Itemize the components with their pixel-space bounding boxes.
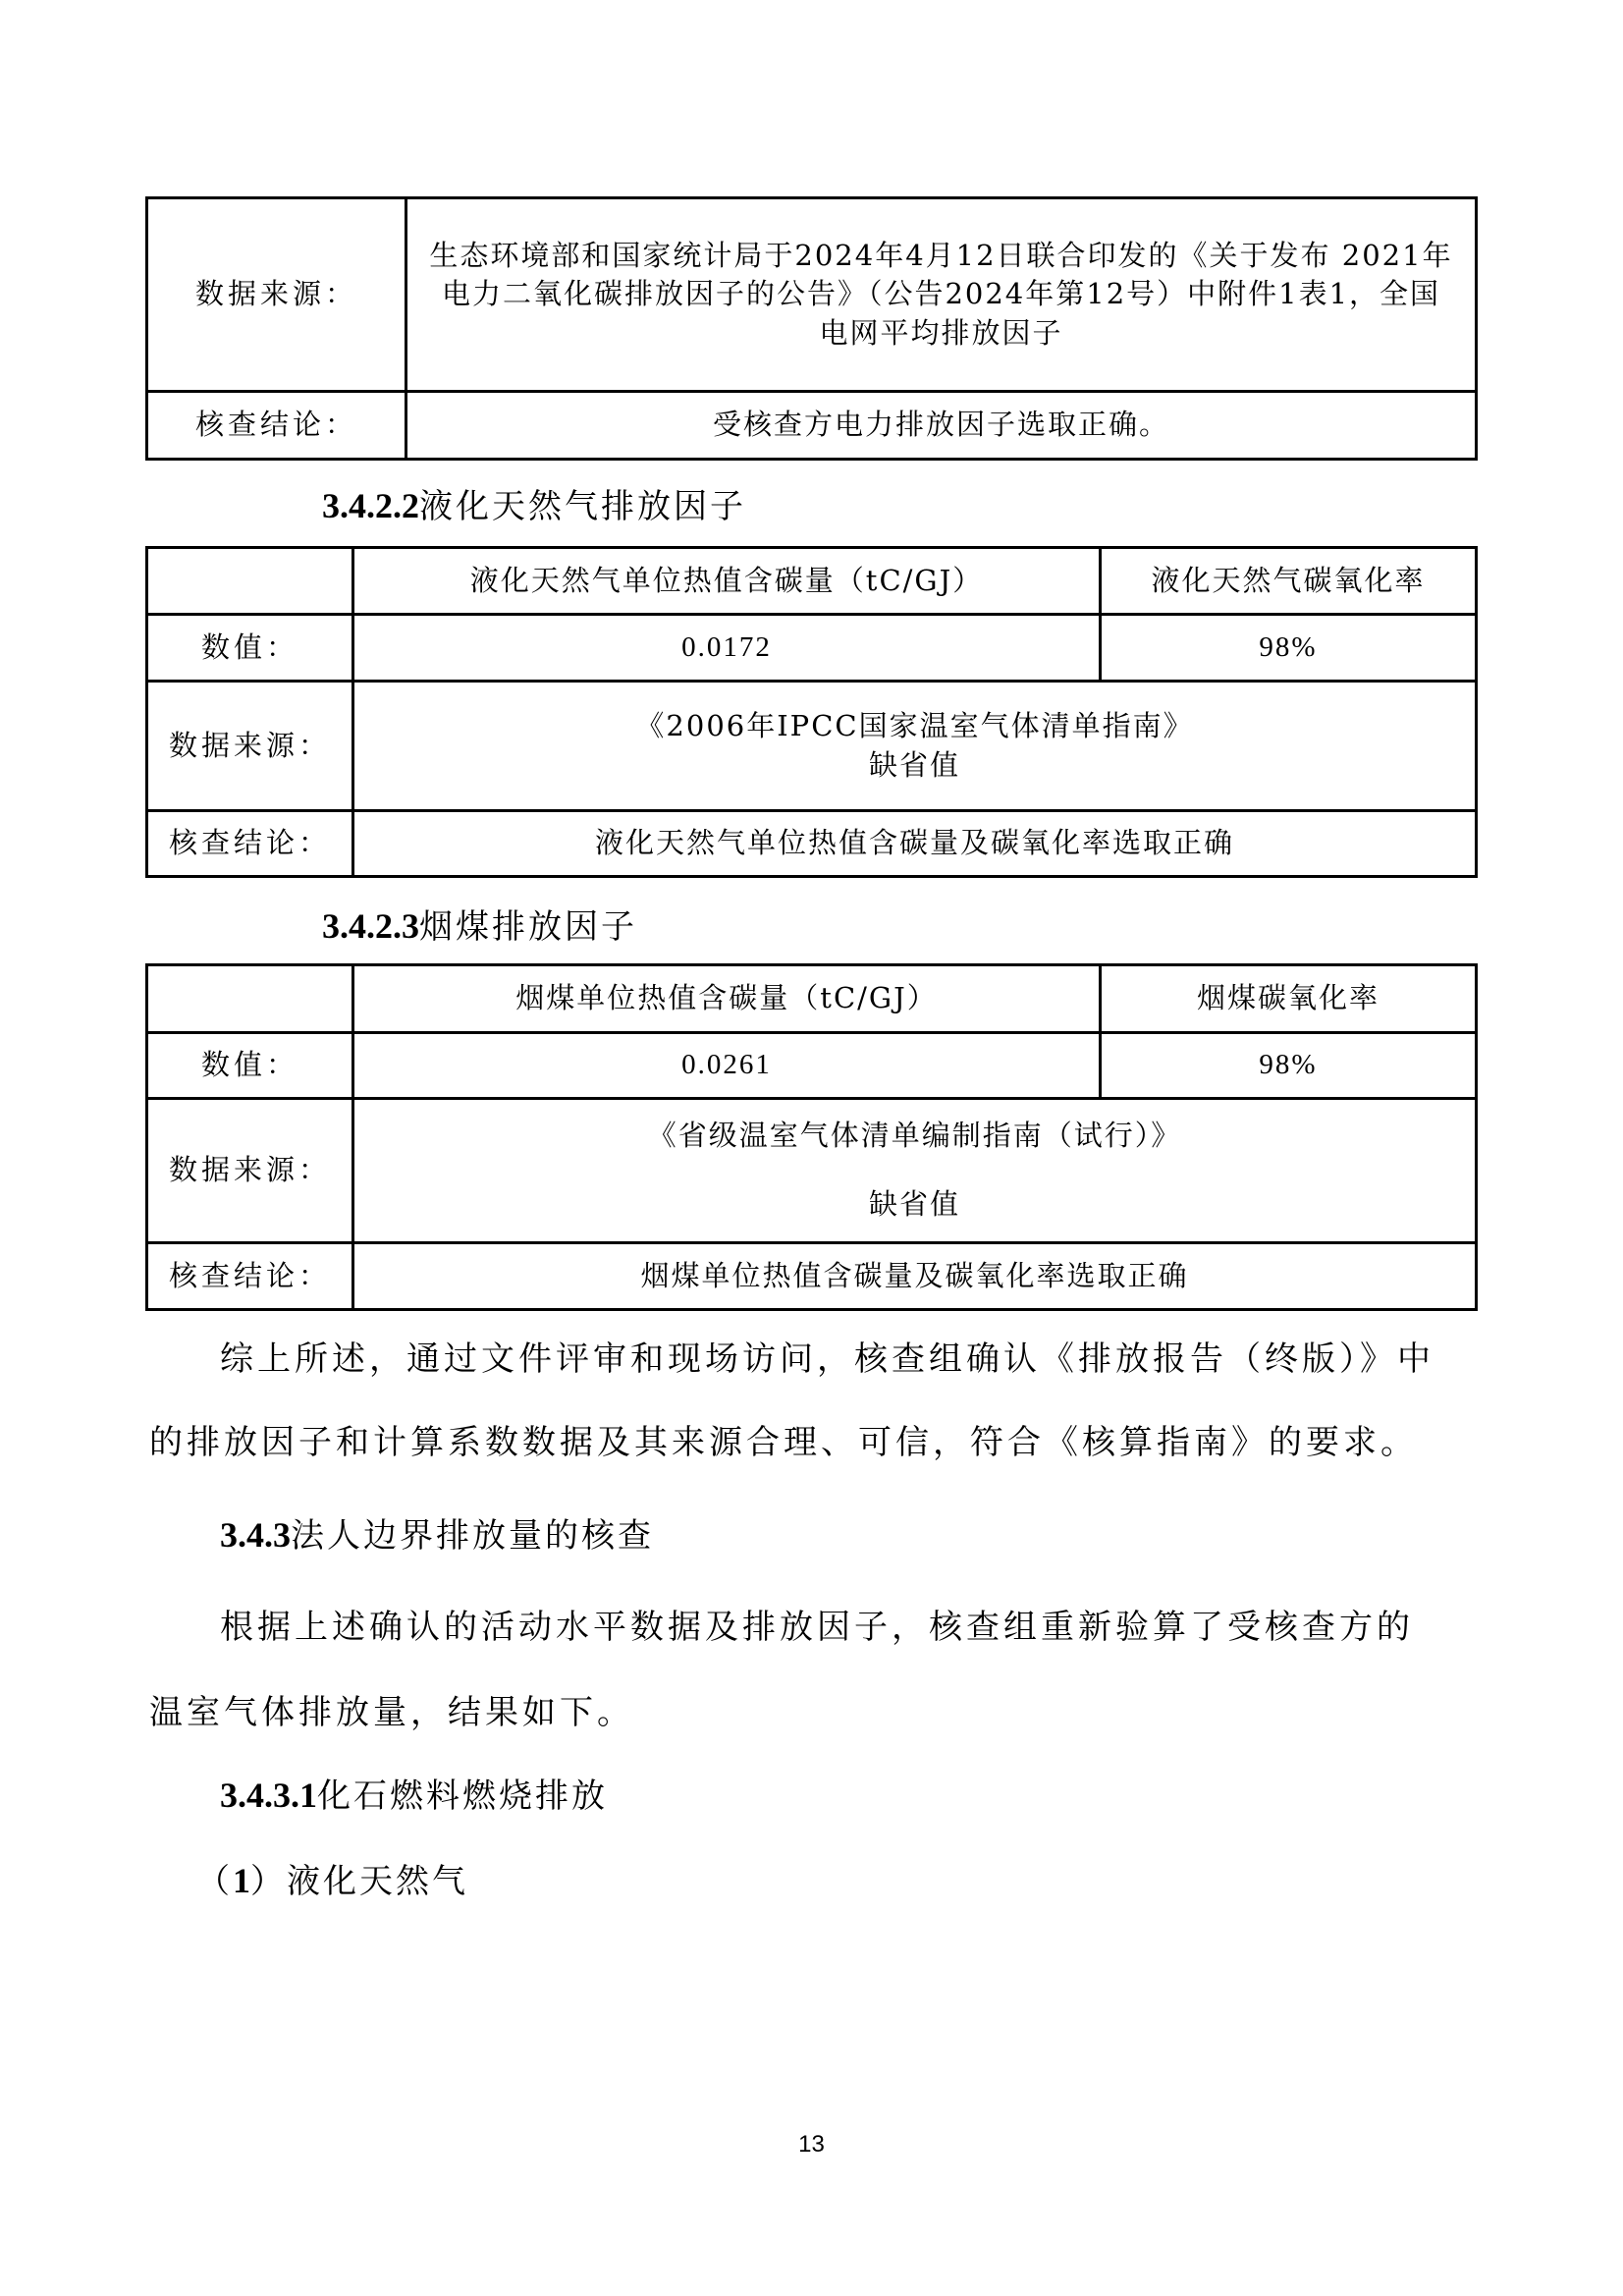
section-number: 3.4.2.3 [322, 906, 419, 946]
header-oxidation-rate: 烟煤碳氧化率 [1101, 965, 1477, 1033]
section-title: 烟煤排放因子 [419, 907, 637, 947]
header-carbon-content: 烟煤单位热值含碳量（tC/GJ） [353, 965, 1101, 1033]
conclusion-label: 核查结论： [147, 392, 406, 460]
table-header-row: 液化天然气单位热值含碳量（tC/GJ） 液化天然气碳氧化率 [147, 548, 1477, 615]
section-heading-3423: 3.4.2.3烟煤排放因子 [322, 900, 637, 948]
section-number: 3.4.2.2 [322, 486, 419, 525]
source-line: 《省级温室气体清单编制指南（试行）》 [364, 1102, 1465, 1171]
recalc-line-1: 根据上述确认的活动水平数据及排放因子，核查组重新验算了受核查方的 [220, 1600, 1414, 1648]
electricity-factor-table: 数据来源： 生态环境部和国家统计局于2024年4月12日联合印发的《关于发布 2… [145, 196, 1478, 461]
source-line: 缺省值 [364, 746, 1465, 785]
conclusion-value: 受核查方电力排放因子选取正确。 [406, 392, 1477, 460]
section-title: 液化天然气排放因子 [419, 487, 746, 526]
source-line: 缺省值 [364, 1171, 1465, 1239]
subsection-number: 1 [233, 1861, 250, 1900]
value-label: 数值： [147, 615, 353, 682]
table-row: 数据来源： 《省级温室气体清单编制指南（试行）》 缺省值 [147, 1099, 1477, 1243]
carbon-content-value: 0.0172 [353, 615, 1101, 682]
page-number: 13 [0, 2131, 1623, 2159]
section-heading-343: 3.4.3法人边界排放量的核查 [220, 1508, 654, 1557]
oxidation-rate-value: 98% [1101, 615, 1477, 682]
source-label: 数据来源： [147, 198, 406, 392]
subsection-suffix: ） [250, 1862, 287, 1901]
section-title: 化石燃料燃烧排放 [317, 1777, 608, 1816]
source-label: 数据来源： [147, 682, 353, 811]
source-value: 《2006年IPCC国家温室气体清单指南》 缺省值 [353, 682, 1477, 811]
section-heading-3422: 3.4.2.2液化天然气排放因子 [322, 479, 746, 527]
source-value: 生态环境部和国家统计局于2024年4月12日联合印发的《关于发布 2021年 电… [406, 198, 1477, 392]
subsection-heading-lng: （1）液化天然气 [196, 1854, 468, 1902]
table-row: 核查结论： 烟煤单位热值含碳量及碳氧化率选取正确 [147, 1243, 1477, 1310]
table-row: 数值： 0.0261 98% [147, 1033, 1477, 1099]
table-row: 核查结论： 液化天然气单位热值含碳量及碳氧化率选取正确 [147, 811, 1477, 877]
source-label: 数据来源： [147, 1099, 353, 1243]
summary-line-1: 综上所述，通过文件评审和现场访问，核查组确认《排放报告（终版）》中 [220, 1332, 1434, 1380]
carbon-content-value: 0.0261 [353, 1033, 1101, 1099]
lng-factor-table: 液化天然气单位热值含碳量（tC/GJ） 液化天然气碳氧化率 数值： 0.0172… [145, 546, 1478, 878]
section-number: 3.4.3 [220, 1515, 291, 1555]
subsection-title: 液化天然气 [287, 1862, 468, 1901]
header-carbon-content: 液化天然气单位热值含碳量（tC/GJ） [353, 548, 1101, 615]
coal-factor-table: 烟煤单位热值含碳量（tC/GJ） 烟煤碳氧化率 数值： 0.0261 98% 数… [145, 963, 1478, 1311]
recalc-line-2: 温室气体排放量，结果如下。 [149, 1685, 634, 1733]
source-line: 电力二氧化碳排放因子的公告》（公告2024年第12号）中附件1表1，全国 [417, 275, 1465, 313]
source-line: 电网平均排放因子 [417, 314, 1465, 353]
header-empty [147, 548, 353, 615]
conclusion-value: 液化天然气单位热值含碳量及碳氧化率选取正确 [353, 811, 1477, 877]
table-header-row: 烟煤单位热值含碳量（tC/GJ） 烟煤碳氧化率 [147, 965, 1477, 1033]
section-title: 法人边界排放量的核查 [291, 1516, 654, 1556]
summary-line-2: 的排放因子和计算系数数据及其来源合理、可信，符合《核算指南》的要求。 [149, 1415, 1418, 1463]
conclusion-label: 核查结论： [147, 1243, 353, 1310]
table-row: 数值： 0.0172 98% [147, 615, 1477, 682]
header-empty [147, 965, 353, 1033]
oxidation-rate-value: 98% [1101, 1033, 1477, 1099]
source-line: 生态环境部和国家统计局于2024年4月12日联合印发的《关于发布 2021年 [417, 237, 1465, 275]
section-heading-3431: 3.4.3.1化石燃料燃烧排放 [220, 1769, 608, 1817]
table-row: 核查结论： 受核查方电力排放因子选取正确。 [147, 392, 1477, 460]
source-value: 《省级温室气体清单编制指南（试行）》 缺省值 [353, 1099, 1477, 1243]
source-line: 《2006年IPCC国家温室气体清单指南》 [364, 707, 1465, 745]
conclusion-label: 核查结论： [147, 811, 353, 877]
subsection-prefix: （ [196, 1862, 233, 1901]
header-oxidation-rate: 液化天然气碳氧化率 [1101, 548, 1477, 615]
table-row: 数据来源： 《2006年IPCC国家温室气体清单指南》 缺省值 [147, 682, 1477, 811]
table-row: 数据来源： 生态环境部和国家统计局于2024年4月12日联合印发的《关于发布 2… [147, 198, 1477, 392]
value-label: 数值： [147, 1033, 353, 1099]
section-number: 3.4.3.1 [220, 1776, 317, 1815]
conclusion-value: 烟煤单位热值含碳量及碳氧化率选取正确 [353, 1243, 1477, 1310]
